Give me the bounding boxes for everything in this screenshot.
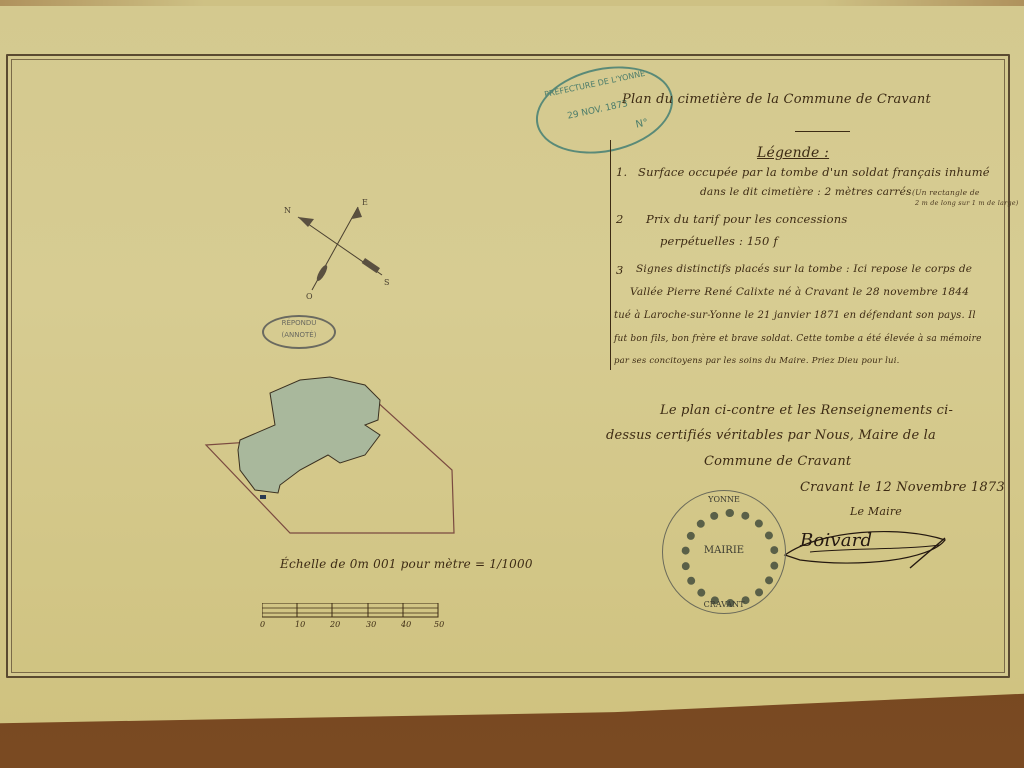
legend-item-1-note2: 2 m de long sur 1 m de large): [915, 199, 1019, 207]
svg-text:E: E: [362, 198, 368, 207]
stamp-number: N°: [635, 117, 649, 130]
seal-bottom-text: CRAVANT: [663, 600, 785, 609]
scale-bar: [262, 603, 440, 621]
mairie-seal: YONNE MAIRIE CRAVANT: [662, 490, 786, 614]
document-frame-border: [6, 54, 1010, 678]
compass-rose-icon: N E S O: [270, 195, 400, 305]
signatory-title: Le Maire: [850, 505, 902, 518]
soldier-grave-marker: [260, 495, 266, 499]
legend-item-2-line2: perpétuelles : 150 f: [660, 234, 778, 248]
stamp-date: 29 NOV. 1873: [567, 99, 629, 122]
mayor-signature: Boivard: [800, 530, 872, 551]
svg-text:N: N: [284, 206, 291, 215]
certification-date: Cravant le 12 Novembre 1873: [800, 480, 1005, 495]
legend-item-3-line1: Signes distinctifs placés sur la tombe :…: [636, 263, 972, 275]
margin-line: [610, 140, 611, 370]
legend-item-1-line1: Surface occupée par la tombe d'un soldat…: [638, 165, 990, 179]
svg-text:O: O: [306, 292, 313, 301]
legend-item-3-line5: par ses concitoyens par les soins du Mai…: [614, 356, 900, 366]
svg-text:S: S: [384, 278, 389, 287]
seal-center-text: MAIRIE: [663, 545, 785, 556]
legend-item-1-line2: dans le dit cimetière : 2 mètres carrés: [700, 186, 912, 198]
legend-item-2-line1: Prix du tarif pour les concessions: [646, 212, 847, 226]
scale-label: Échelle de 0m 001 pour mètre = 1/1000: [280, 557, 533, 571]
legend-item-3-line2: Vallée Pierre René Calixte né à Cravant …: [630, 286, 969, 298]
legend-item-3-line3: tué à Laroche-sur-Yonne le 21 janvier 18…: [614, 310, 976, 321]
certification-line-3: Commune de Cravant: [704, 454, 851, 469]
legend-item-3-number: 3: [616, 263, 624, 277]
scale-ticks: 0 10 20 30 40 50: [260, 620, 450, 632]
certification-line-2: dessus certifiés véritables par Nous, Ma…: [606, 428, 936, 443]
legend-heading: Légende :: [757, 145, 829, 161]
legend-item-1-number: 1.: [616, 165, 627, 179]
divider: [795, 131, 850, 132]
small-stamp-line-1: RÉPONDU: [264, 317, 334, 329]
certification-line-1: Le plan ci-contre et les Renseignements …: [660, 403, 953, 418]
legend-item-1-note1: (Un rectangle de: [912, 188, 979, 197]
small-stamp-line-2: (ANNOTÉ): [264, 329, 334, 341]
seal-top-text: YONNE: [663, 495, 785, 504]
legend-item-2-number: 2: [616, 212, 624, 226]
laurel-wreath-icon: [681, 509, 779, 607]
document-title: Plan du cimetière de la Commune de Crava…: [622, 92, 931, 107]
paper-edge: [0, 0, 1024, 6]
cemetery-plan-map: [200, 355, 470, 545]
small-oval-stamp: RÉPONDU (ANNOTÉ): [262, 315, 336, 349]
legend-item-3-line4: fut bon fils, bon frère et brave soldat.…: [614, 334, 982, 344]
